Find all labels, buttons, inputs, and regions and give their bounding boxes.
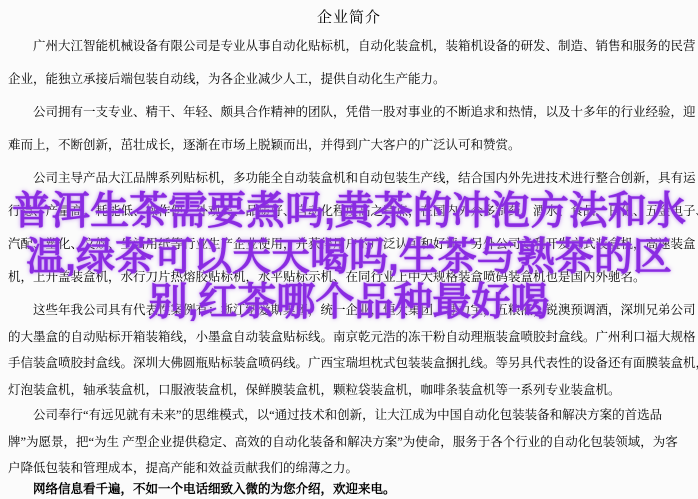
paragraph-line: 公司主导产品大江品牌系列贴标机，多功能全自动装盒机和自动包装生产线，结合国内外先… [8,162,692,195]
paragraph-line: 广州大江智能机械设备有限公司是专业从事自动化贴标机，自动化装盒机，装箱机设备的研… [8,30,692,63]
paragraph-line: 企业，能独立承接后端包装自动线，为各企业减少人工，提供自动化生产能力。 [8,63,692,96]
paragraph-line: 这些年我公司具有代表性案例有：浙江纳爱斯集团，统一企业，恒大集团，健力宝，五粮液… [8,297,692,324]
paragraph-line: 公司拥有一支专业、精干、年轻、颇具合作精神的团队，凭借一股对事业的不断追求和热情… [8,96,692,129]
paragraph-line: 难而上，不断创新，茁壮成长，逐渐在市场上脱颖而出，并得到广大客户的广泛认可和赞赏… [8,129,692,162]
paragraph-line: 手信装盒喷胶封盒线。深圳大佛圆瓶贴标装盒喷码线。广西宝瑞坦枕式包装装盒捆扎线。等… [8,350,692,377]
paragraph-products: 公司主导产品大江品牌系列贴标机，多功能全自动装盒机和自动包装生产线，结合国内外先… [8,162,692,294]
company-profile-page: 企业简介 广州大江智能机械设备有限公司是专业从事自动化贴标机，自动化装盒机，装箱… [0,0,698,499]
paragraph-line: 公司奉行“有远见就有未来”的思维模式，以“通过技术和创新，让大江成为中国自动化包… [8,402,692,429]
paragraph-company-overview: 广州大江智能机械设备有限公司是专业从事自动化贴标机，自动化装盒机，装箱机设备的研… [8,30,692,96]
closing-contact-note: 网络信息看千遍，不如一个电话细致入微的为您介绍，欢迎来电。 [8,476,692,499]
paragraph-vision-mission: 公司奉行“有远见就有未来”的思维模式，以“通过技术和创新，让大江成为中国自动化包… [8,402,692,482]
paragraph-line: 的大墨盒的自动贴标开箱装箱线，小墨盒自动装盒贴标线。南京乾元浩的冻干粉自动理瓶装… [8,324,692,351]
paragraph-line: 汽配、塑化、文娱、生活用纸等行业生产企业使用，并获得用户的广泛认可和好评，另外公… [8,228,692,261]
paragraph-line: 牌”为愿景，把“为生 产型企业提供稳定、高效的自动化装备和解决方案”为使命，服务… [8,429,692,456]
page-title: 企业简介 [0,6,698,27]
paragraph-case-studies: 这些年我公司具有代表性案例有：浙江纳爱斯集团，统一企业，恒大集团，健力宝，五粮液… [8,297,692,403]
paragraph-line: 灯泡装盒机，轴承装盒机，口服液装盒机，保鲜膜装盒机，颗粒袋装盒机，咖啡条装盒机等… [8,377,692,404]
paragraph-team: 公司拥有一支专业、精干、年轻、颇具合作精神的团队，凭借一股对事业的不断追求和热情… [8,96,692,162]
paragraph-line: 机，上开盖装盒机，水行刀片热熔胶贴标机，水平贴标示机、在同行业上中大规格装盒喷码… [8,261,692,294]
paragraph-line: 行稳、产量高、耗能低、操作便、外观美、品质好、自动化程度高之特点，在国内外众多制… [8,195,692,228]
